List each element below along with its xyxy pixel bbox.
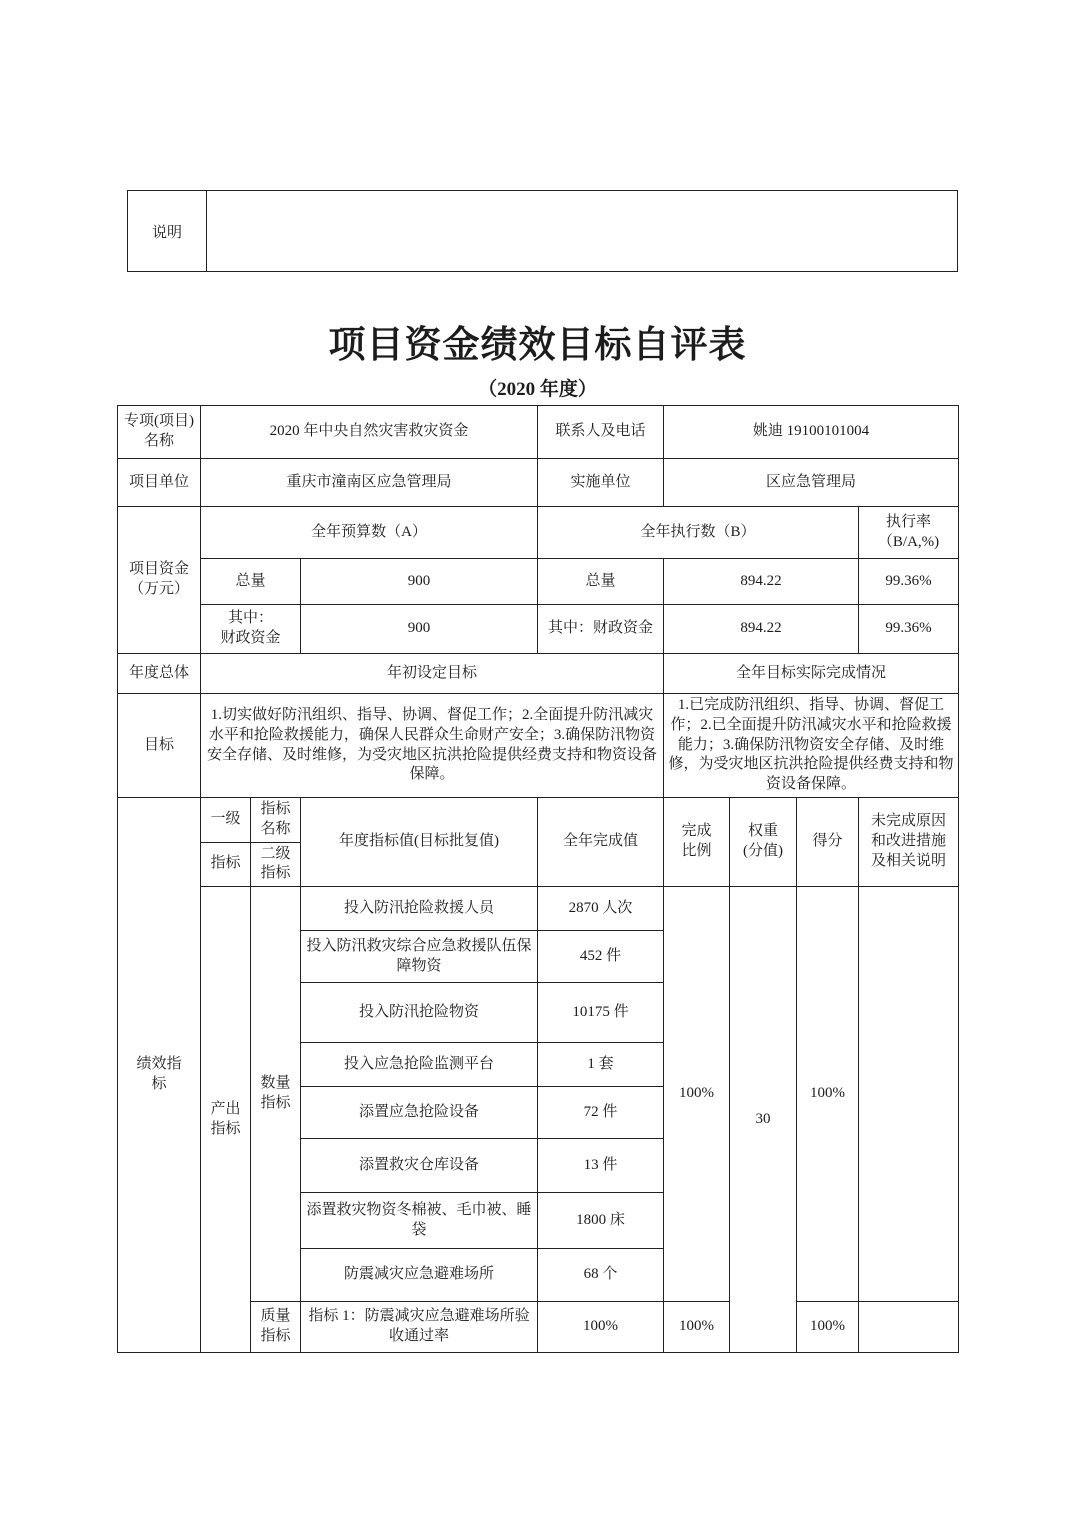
indicator-name: 投入防汛抢险物资 [301, 983, 538, 1043]
quality-indicator-label: 质量 指标 [251, 1302, 301, 1353]
col-completed-header: 全年完成值 [538, 798, 664, 887]
impl-unit-label: 实施单位 [538, 459, 664, 507]
indicator-value: 68 个 [538, 1249, 664, 1302]
indicator-value: 72 件 [538, 1087, 664, 1139]
total-label-a: 总量 [201, 559, 301, 605]
funds-budget-header: 全年预算数（A） [201, 507, 538, 559]
indicator-name-header-top: 指标 名称 [251, 798, 301, 843]
project-name-value: 2020 年中央自然灾害救灾资金 [201, 406, 538, 459]
page-subtitle: （2020 年度） [117, 374, 958, 401]
weight-value: 30 [730, 887, 797, 1353]
funds-section-label: 项目资金 （万元） [118, 507, 201, 654]
total-label-b: 总量 [538, 559, 664, 605]
indicator-name: 添置应急抢险设备 [301, 1087, 538, 1139]
quantity-ratio: 100% [664, 887, 730, 1302]
indicators-section-label: 绩效指 标 [118, 798, 201, 1353]
indicator-name-header-bottom: 二级 指标 [251, 842, 301, 887]
annual-label-top: 年度总体 [118, 654, 201, 694]
row-annual-header: 年度总体 年初设定目标 全年目标实际完成情况 [118, 654, 959, 694]
indicator-value: 100% [538, 1302, 664, 1353]
indicator-value: 13 件 [538, 1139, 664, 1193]
indicator-value: 1 套 [538, 1043, 664, 1087]
total-rate-value: 99.36% [859, 559, 959, 605]
level1-bottom: 指标 [201, 842, 251, 887]
level1-top: 一级 [201, 798, 251, 843]
project-unit-label: 项目单位 [118, 459, 201, 507]
contact-value: 姚迪 19100101004 [664, 406, 959, 459]
page-title: 项目资金绩效目标自评表 [117, 314, 958, 368]
total-exec-value: 894.22 [664, 559, 859, 605]
contact-label: 联系人及电话 [538, 406, 664, 459]
col-target-header: 年度指标值(目标批复值) [301, 798, 538, 887]
annual-actual-text: 1.已完成防汛组织、指导、协调、督促工作；2.已全面提升防汛减灾水平和抢险救援能… [664, 694, 959, 798]
indicator-name: 指标 1：防震减灾应急避难场所验收通过率 [301, 1302, 538, 1353]
self-evaluation-table: 专项(项目) 名称 2020 年中央自然灾害救灾资金 联系人及电话 姚迪 191… [117, 405, 959, 1353]
annual-label-bottom: 目标 [118, 694, 201, 798]
row-funds-total: 总量 900 总量 894.22 99.36% [118, 559, 959, 605]
output-indicator-label: 产出 指标 [201, 887, 251, 1353]
col-ratio-header: 完成 比例 [664, 798, 730, 887]
fiscal-budget-value: 900 [301, 605, 538, 654]
quality-ratio: 100% [664, 1302, 730, 1353]
fiscal-label-a: 其中： 财政资金 [201, 605, 301, 654]
project-name-label: 专项(项目) 名称 [118, 406, 201, 459]
fiscal-rate-value: 99.36% [859, 605, 959, 654]
row-indicator-header-1: 绩效指 标 一级 指标 名称 年度指标值(目标批复值) 全年完成值 完成 比例 … [118, 798, 959, 843]
project-unit-value: 重庆市潼南区应急管理局 [201, 459, 538, 507]
col-score-header: 得分 [797, 798, 859, 887]
fiscal-label-b: 其中：财政资金 [538, 605, 664, 654]
note-box: 说明 [127, 190, 958, 272]
col-remark-header: 未完成原因 和改进措施 及相关说明 [859, 798, 959, 887]
indicator-value: 452 件 [538, 931, 664, 983]
document-page: 说明 项目资金绩效目标自评表 （2020 年度） 专项(项目) 名称 2020 … [0, 0, 1074, 1520]
indicator-name: 防震减灾应急避难场所 [301, 1249, 538, 1302]
note-label: 说明 [128, 191, 207, 272]
indicator-value: 2870 人次 [538, 887, 664, 931]
indicator-value: 10175 件 [538, 983, 664, 1043]
row-funds-header: 项目资金 （万元） 全年预算数（A） 全年执行数（B） 执行率 （B/A,%) [118, 507, 959, 559]
row-annual-goals: 目标 1.切实做好防汛组织、指导、协调、督促工作；2.全面提升防汛减灾水平和抢险… [118, 694, 959, 798]
row-project: 专项(项目) 名称 2020 年中央自然灾害救灾资金 联系人及电话 姚迪 191… [118, 406, 959, 459]
row-unit: 项目单位 重庆市潼南区应急管理局 实施单位 区应急管理局 [118, 459, 959, 507]
annual-initial-text: 1.切实做好防汛组织、指导、协调、督促工作；2.全面提升防汛减灾水平和抢险救援能… [201, 694, 664, 798]
indicator-value: 1800 床 [538, 1193, 664, 1249]
note-content [207, 191, 958, 272]
row-funds-fiscal: 其中： 财政资金 900 其中：财政资金 894.22 99.36% [118, 605, 959, 654]
indicator-name: 投入防汛抢险救援人员 [301, 887, 538, 931]
quality-score: 100% [797, 1302, 859, 1353]
quality-remark [859, 1302, 959, 1353]
quantity-remark [859, 887, 959, 1302]
indicator-name: 添置救灾仓库设备 [301, 1139, 538, 1193]
annual-actual-header: 全年目标实际完成情况 [664, 654, 959, 694]
col-weight-header: 权重 (分值) [730, 798, 797, 887]
indicator-name: 投入应急抢险监测平台 [301, 1043, 538, 1087]
indicator-name: 添置救灾物资冬棉被、毛巾被、睡袋 [301, 1193, 538, 1249]
note-row: 说明 [128, 191, 958, 272]
quantity-indicator-label: 数量 指标 [251, 887, 301, 1302]
funds-rate-header: 执行率 （B/A,%) [859, 507, 959, 559]
annual-initial-header: 年初设定目标 [201, 654, 664, 694]
quantity-score: 100% [797, 887, 859, 1302]
total-budget-value: 900 [301, 559, 538, 605]
indicator-name: 投入防汛救灾综合应急救援队伍保障物资 [301, 931, 538, 983]
quantity-row: 产出 指标 数量 指标 投入防汛抢险救援人员 2870 人次 100% 30 1… [118, 887, 959, 931]
fiscal-exec-value: 894.22 [664, 605, 859, 654]
impl-unit-value: 区应急管理局 [664, 459, 959, 507]
funds-exec-header: 全年执行数（B） [538, 507, 859, 559]
